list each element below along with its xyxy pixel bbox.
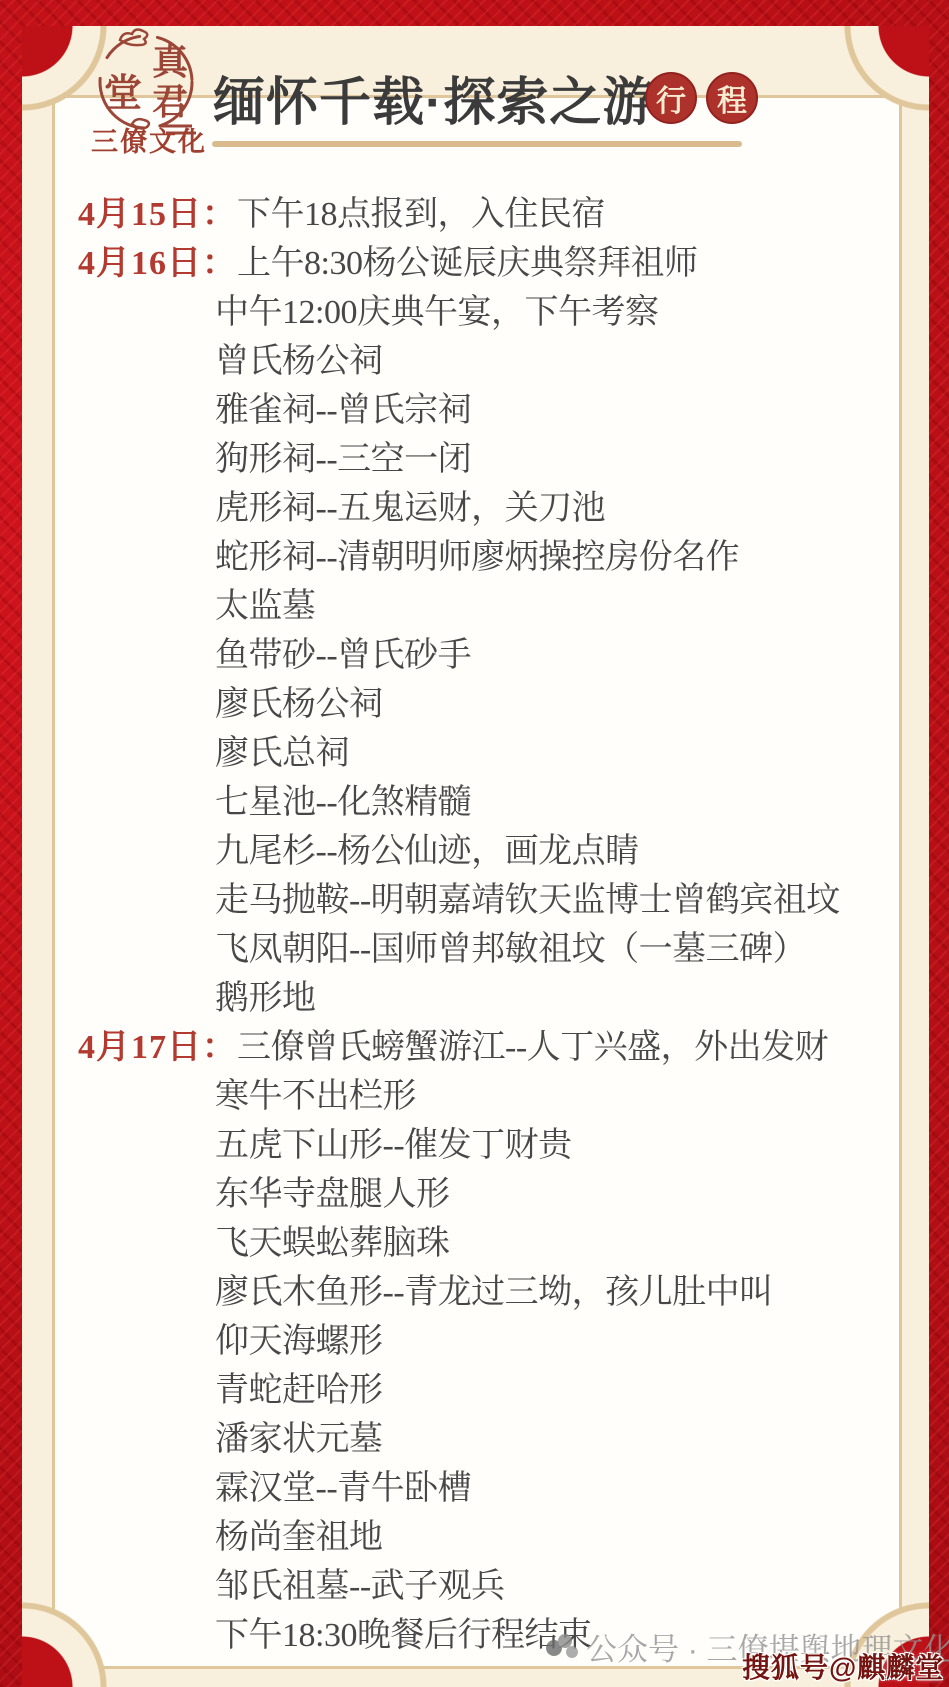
row-text: 蛇形祠--清朝明师廖炳操控房份名作	[215, 529, 739, 578]
title-underline	[212, 141, 742, 147]
row-text: 飞天蜈蚣葬脑珠	[215, 1215, 450, 1264]
row-text: 廖氏杨公祠	[215, 676, 383, 725]
row-text: 邹氏祖墓--武子观兵	[215, 1558, 505, 1607]
itinerary-row: 霖汉堂--青牛卧槽	[78, 1460, 889, 1509]
itinerary-row: 鹅形地	[78, 970, 889, 1019]
row-date-label: 4月16日：	[78, 235, 237, 284]
itinerary-row: 4月15日： 下午18点报到，入住民宿	[78, 186, 889, 235]
badge-cheng: 程	[706, 72, 758, 124]
row-text: 中午12:00庆典午宴，下午考察	[215, 284, 658, 333]
row-text: 廖氏木鱼形--青龙过三坳，孩儿肚中叫	[215, 1264, 773, 1313]
itinerary-row: 雅雀祠--曾氏宗祠	[78, 382, 889, 431]
row-text: 鱼带砂--曾氏砂手	[215, 627, 471, 676]
row-text: 下午18:30晚餐后行程结束	[215, 1607, 591, 1656]
row-text: 走马抛鞍--明朝嘉靖钦天监博士曾鹤宾祖坟	[215, 872, 840, 921]
itinerary-row: 杨尚奎祖地	[78, 1509, 889, 1558]
row-text: 虎形祠--五鬼运财，关刀池	[215, 480, 605, 529]
itinerary-row: 廖氏总祠	[78, 725, 889, 774]
itinerary-row: 飞天蜈蚣葬脑珠	[78, 1215, 889, 1264]
row-text: 杨尚奎祖地	[215, 1509, 383, 1558]
itinerary-row: 青蛇赶哈形	[78, 1362, 889, 1411]
row-text: 七星池--化煞精髓	[215, 774, 471, 823]
seal-char-2: 堂	[104, 62, 142, 117]
itinerary-row: 九尾杉--杨公仙迹，画龙点睛	[78, 823, 889, 872]
watermark-sohu-account: 搜狐号@麒麟堂	[742, 1646, 944, 1686]
itinerary-row: 4月17日： 三僚曾氏螃蟹游江--人丁兴盛，外出发财	[78, 1019, 889, 1068]
watermark-logo-icon	[546, 1632, 580, 1662]
brand-name: 三僚文化	[74, 120, 224, 159]
row-text: 霖汉堂--青牛卧槽	[215, 1460, 471, 1509]
itinerary-row: 走马抛鞍--明朝嘉靖钦天监博士曾鹤宾祖坟	[78, 872, 889, 921]
row-text: 九尾杉--杨公仙迹，画龙点睛	[215, 823, 639, 872]
row-text: 廖氏总祠	[215, 725, 349, 774]
row-text: 狗形祠--三空一闭	[215, 431, 471, 480]
itinerary-row: 仰天海螺形	[78, 1313, 889, 1362]
itinerary-row: 曾氏杨公祠	[78, 333, 889, 382]
poster-page: 真 堂 君 三僚文化 缅怀千载·探索之游 行 程 4月15日： 下午18点报到，…	[0, 0, 949, 1687]
row-text: 潘家状元墓	[215, 1411, 383, 1460]
row-date-label: 4月17日：	[78, 1019, 237, 1068]
itinerary-list: 4月15日： 下午18点报到，入住民宿 4月16日： 上午8:30杨公诞辰庆典祭…	[78, 186, 889, 1656]
itinerary-row: 七星池--化煞精髓	[78, 774, 889, 823]
row-text: 三僚曾氏螃蟹游江--人丁兴盛，外出发财	[237, 1019, 828, 1068]
row-text: 上午8:30杨公诞辰庆典祭拜祖师	[237, 235, 697, 284]
row-text: 青蛇赶哈形	[215, 1362, 383, 1411]
itinerary-row: 狗形祠--三空一闭	[78, 431, 889, 480]
itinerary-row: 五虎下山形--催发丁财贵	[78, 1117, 889, 1166]
row-text: 飞凤朝阳--国师曾邦敏祖坟（一墓三碑）	[215, 921, 806, 970]
itinerary-row: 鱼带砂--曾氏砂手	[78, 627, 889, 676]
row-text: 五虎下山形--催发丁财贵	[215, 1117, 572, 1166]
row-text: 曾氏杨公祠	[215, 333, 383, 382]
poster-title: 缅怀千载·探索之游	[213, 60, 655, 135]
itinerary-row: 飞凤朝阳--国师曾邦敏祖坟（一墓三碑）	[78, 921, 889, 970]
seal-char-3: 君	[152, 74, 188, 125]
itinerary-row: 蛇形祠--清朝明师廖炳操控房份名作	[78, 529, 889, 578]
itinerary-row: 中午12:00庆典午宴，下午考察	[78, 284, 889, 333]
row-text: 下午18点报到，入住民宿	[237, 186, 605, 235]
row-text: 雅雀祠--曾氏宗祠	[215, 382, 471, 431]
itinerary-row: 廖氏木鱼形--青龙过三坳，孩儿肚中叫	[78, 1264, 889, 1313]
row-date-label: 4月15日：	[78, 186, 237, 235]
row-text: 鹅形地	[215, 970, 316, 1019]
itinerary-row: 太监墓	[78, 578, 889, 627]
title-badges: 行 程	[645, 72, 758, 124]
row-text: 东华寺盘腿人形	[215, 1166, 450, 1215]
itinerary-row: 廖氏杨公祠	[78, 676, 889, 725]
itinerary-row: 虎形祠--五鬼运财，关刀池	[78, 480, 889, 529]
itinerary-row: 潘家状元墓	[78, 1411, 889, 1460]
row-text: 太监墓	[215, 578, 316, 627]
row-text: 寒牛不出栏形	[215, 1068, 416, 1117]
itinerary-row: 寒牛不出栏形	[78, 1068, 889, 1117]
itinerary-row: 4月16日： 上午8:30杨公诞辰庆典祭拜祖师	[78, 235, 889, 284]
itinerary-row: 东华寺盘腿人形	[78, 1166, 889, 1215]
badge-xing: 行	[645, 72, 697, 124]
row-text: 仰天海螺形	[215, 1313, 383, 1362]
itinerary-row: 邹氏祖墓--武子观兵	[78, 1558, 889, 1607]
